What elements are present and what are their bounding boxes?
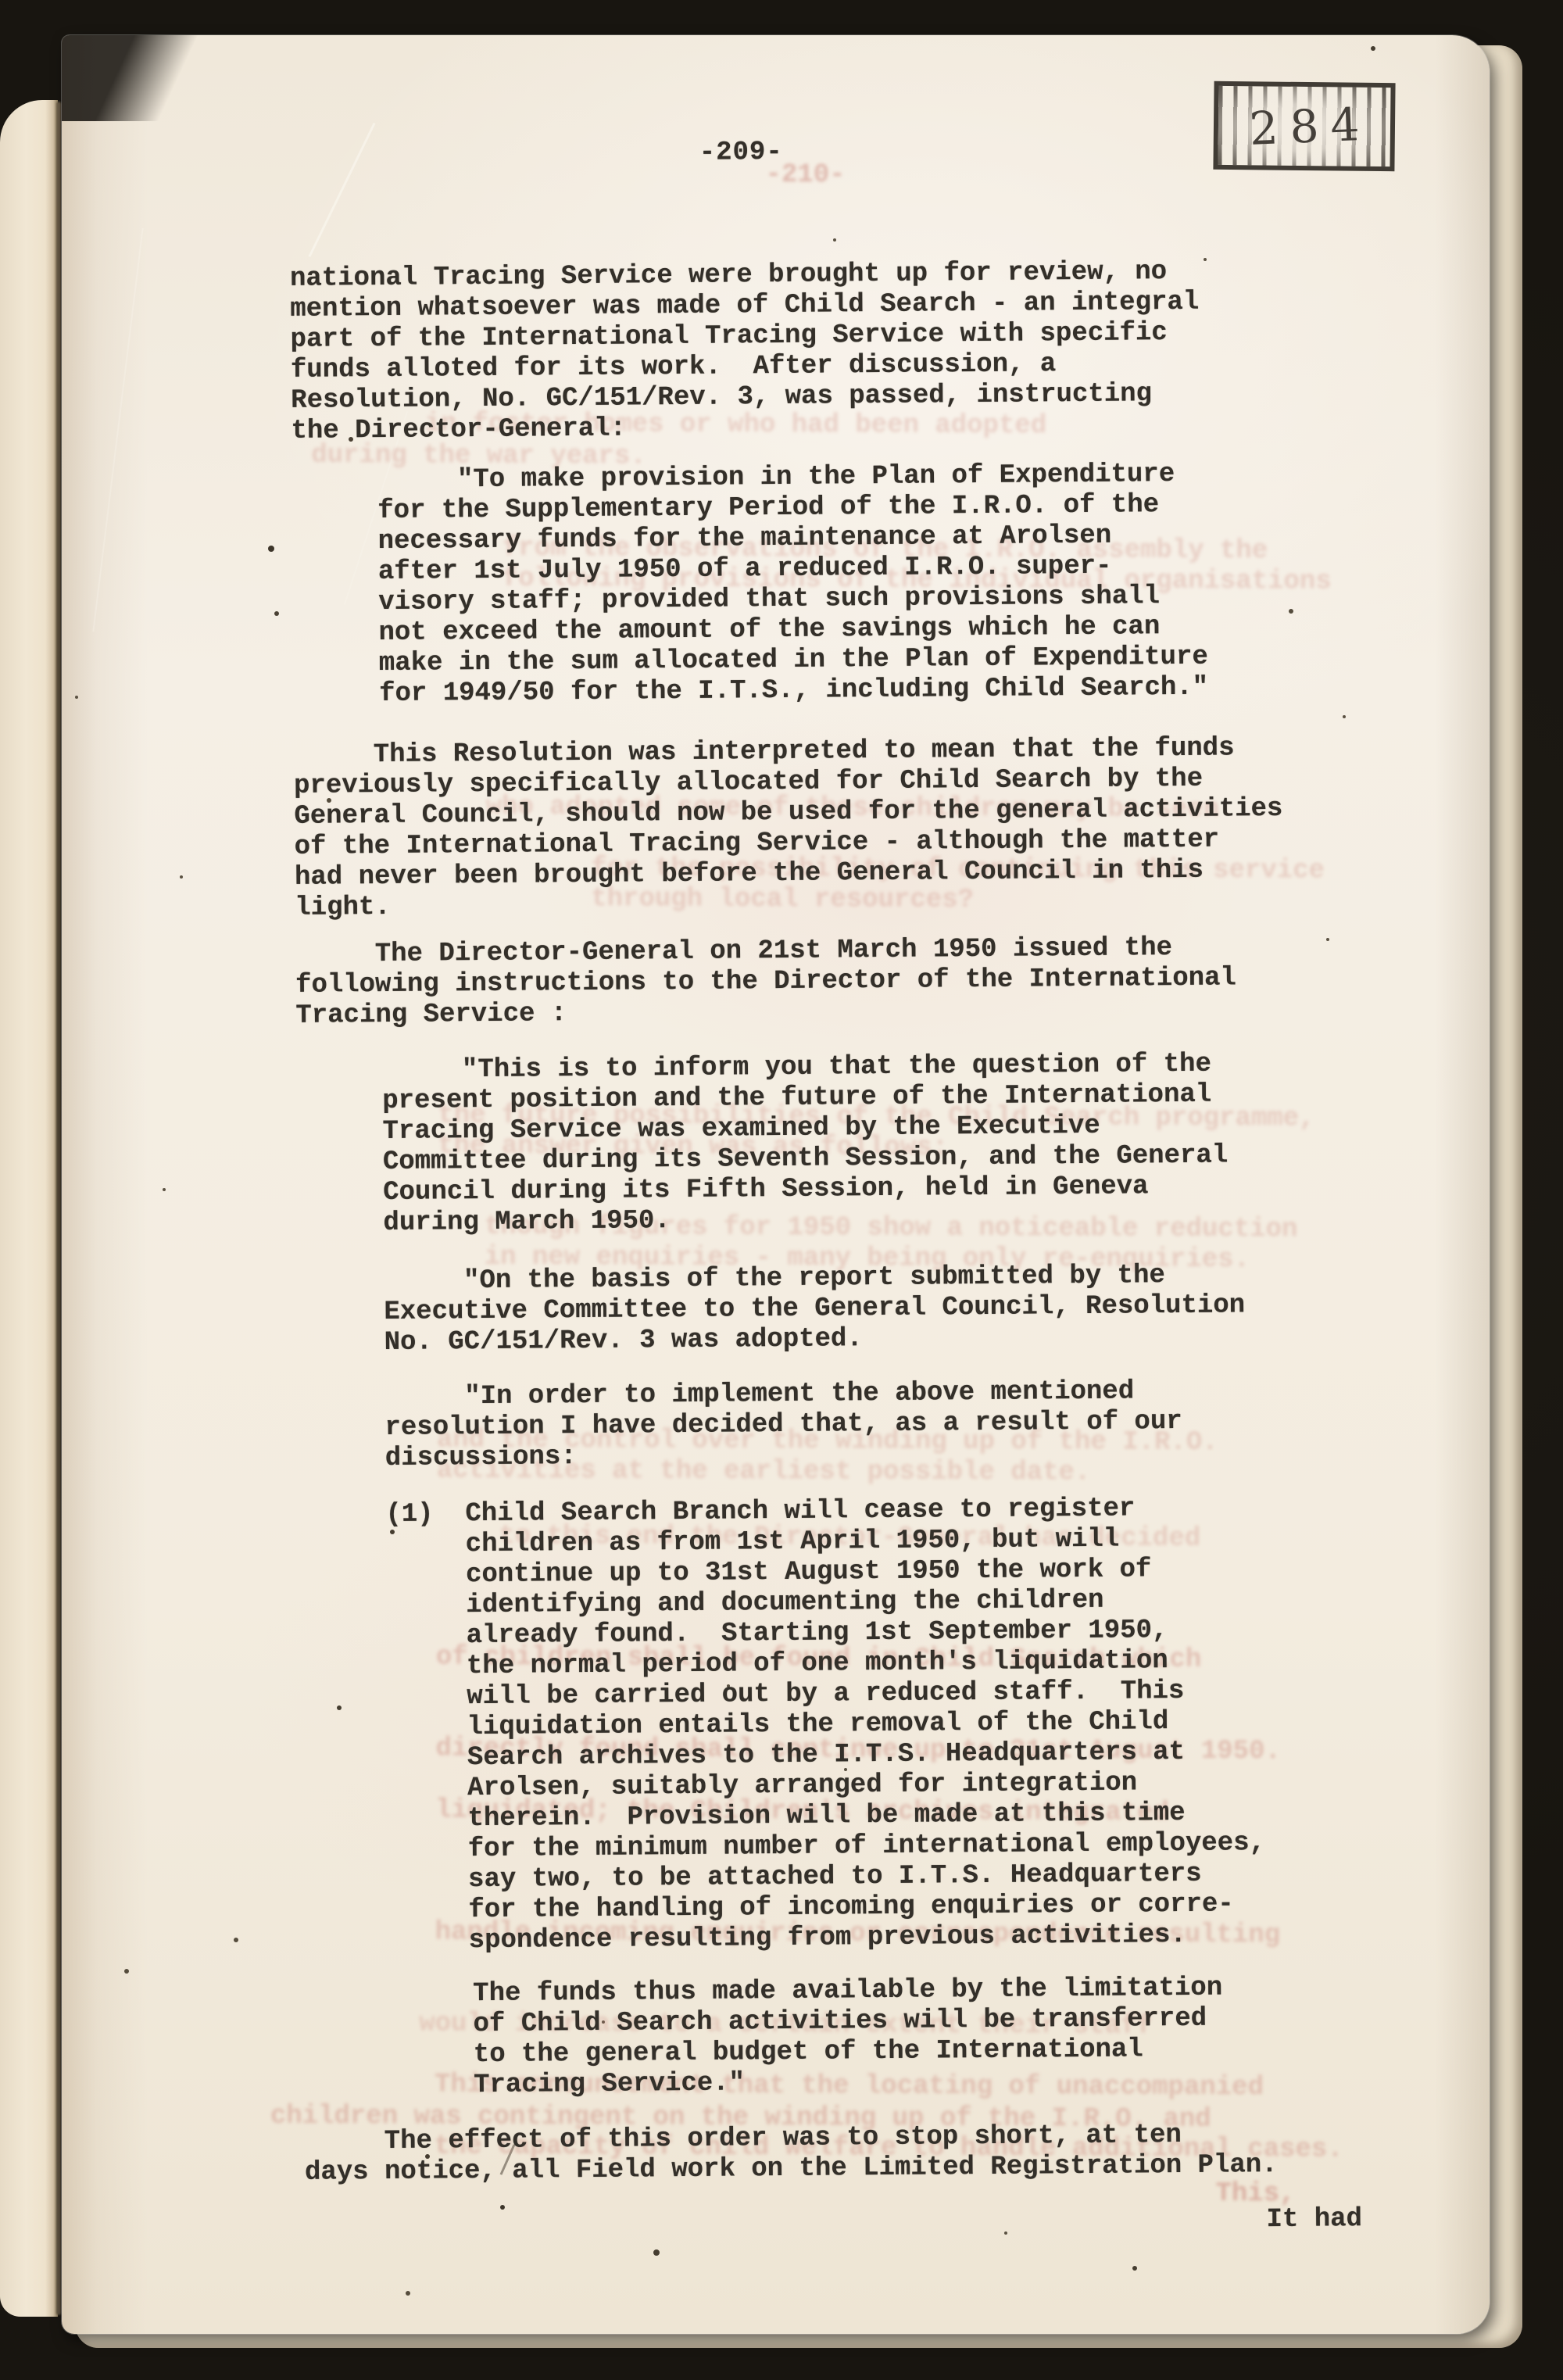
dust-speckles bbox=[0, 0, 3, 3]
paragraph-director-general: The Director-General on 21st March 1950 … bbox=[295, 932, 1237, 1031]
catchword: It had bbox=[1266, 2204, 1362, 2235]
paragraph-interpretation: This Resolution was interpreted to mean … bbox=[294, 733, 1284, 924]
blockquote-inform: "This is to inform you that the question… bbox=[382, 1050, 1229, 1239]
paragraph-effect-of-order: The effect of this order was to stop sho… bbox=[305, 2120, 1278, 2189]
scanned-document-photo: { "page": { "number": "-209-", "stamp_nu… bbox=[0, 0, 1563, 2380]
blockquote-implementation: "In order to implement the above mention… bbox=[384, 1376, 1182, 1474]
page-number: -209- bbox=[699, 138, 783, 169]
blockquote-resolution: "To make provision in the Plan of Expend… bbox=[377, 460, 1208, 710]
paragraph-funds-transfer: The funds thus made available by the lim… bbox=[473, 1974, 1223, 2102]
blockquote-basis-of-report: "On the basis of the report submitted by… bbox=[384, 1260, 1246, 1358]
paragraph-continuation: national Tracing Service were brought up… bbox=[290, 257, 1200, 447]
typewritten-text-layer: -209- national Tracing Service were brou… bbox=[0, 0, 1563, 2380]
numbered-item-1: (1) Child Search Branch will cease to re… bbox=[385, 1493, 1266, 1957]
